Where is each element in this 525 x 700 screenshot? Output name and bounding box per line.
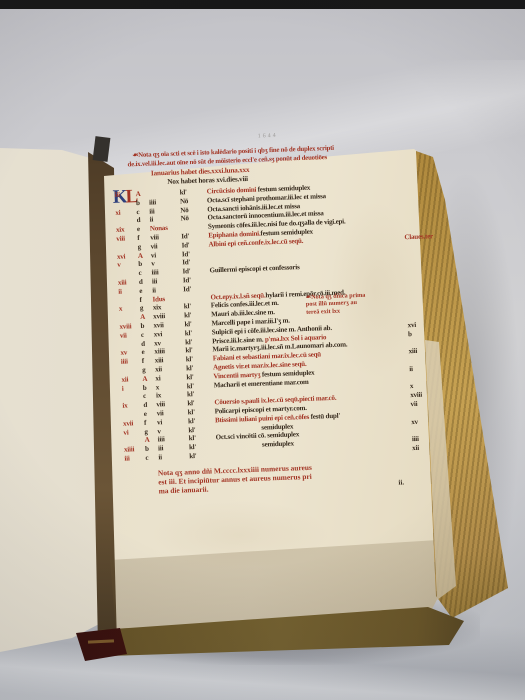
photo-of-open-book: 1644 ☙Nota qʒ oīa scti et scē i isto kal…: [0, 0, 525, 700]
photo-vignette: [0, 0, 525, 700]
